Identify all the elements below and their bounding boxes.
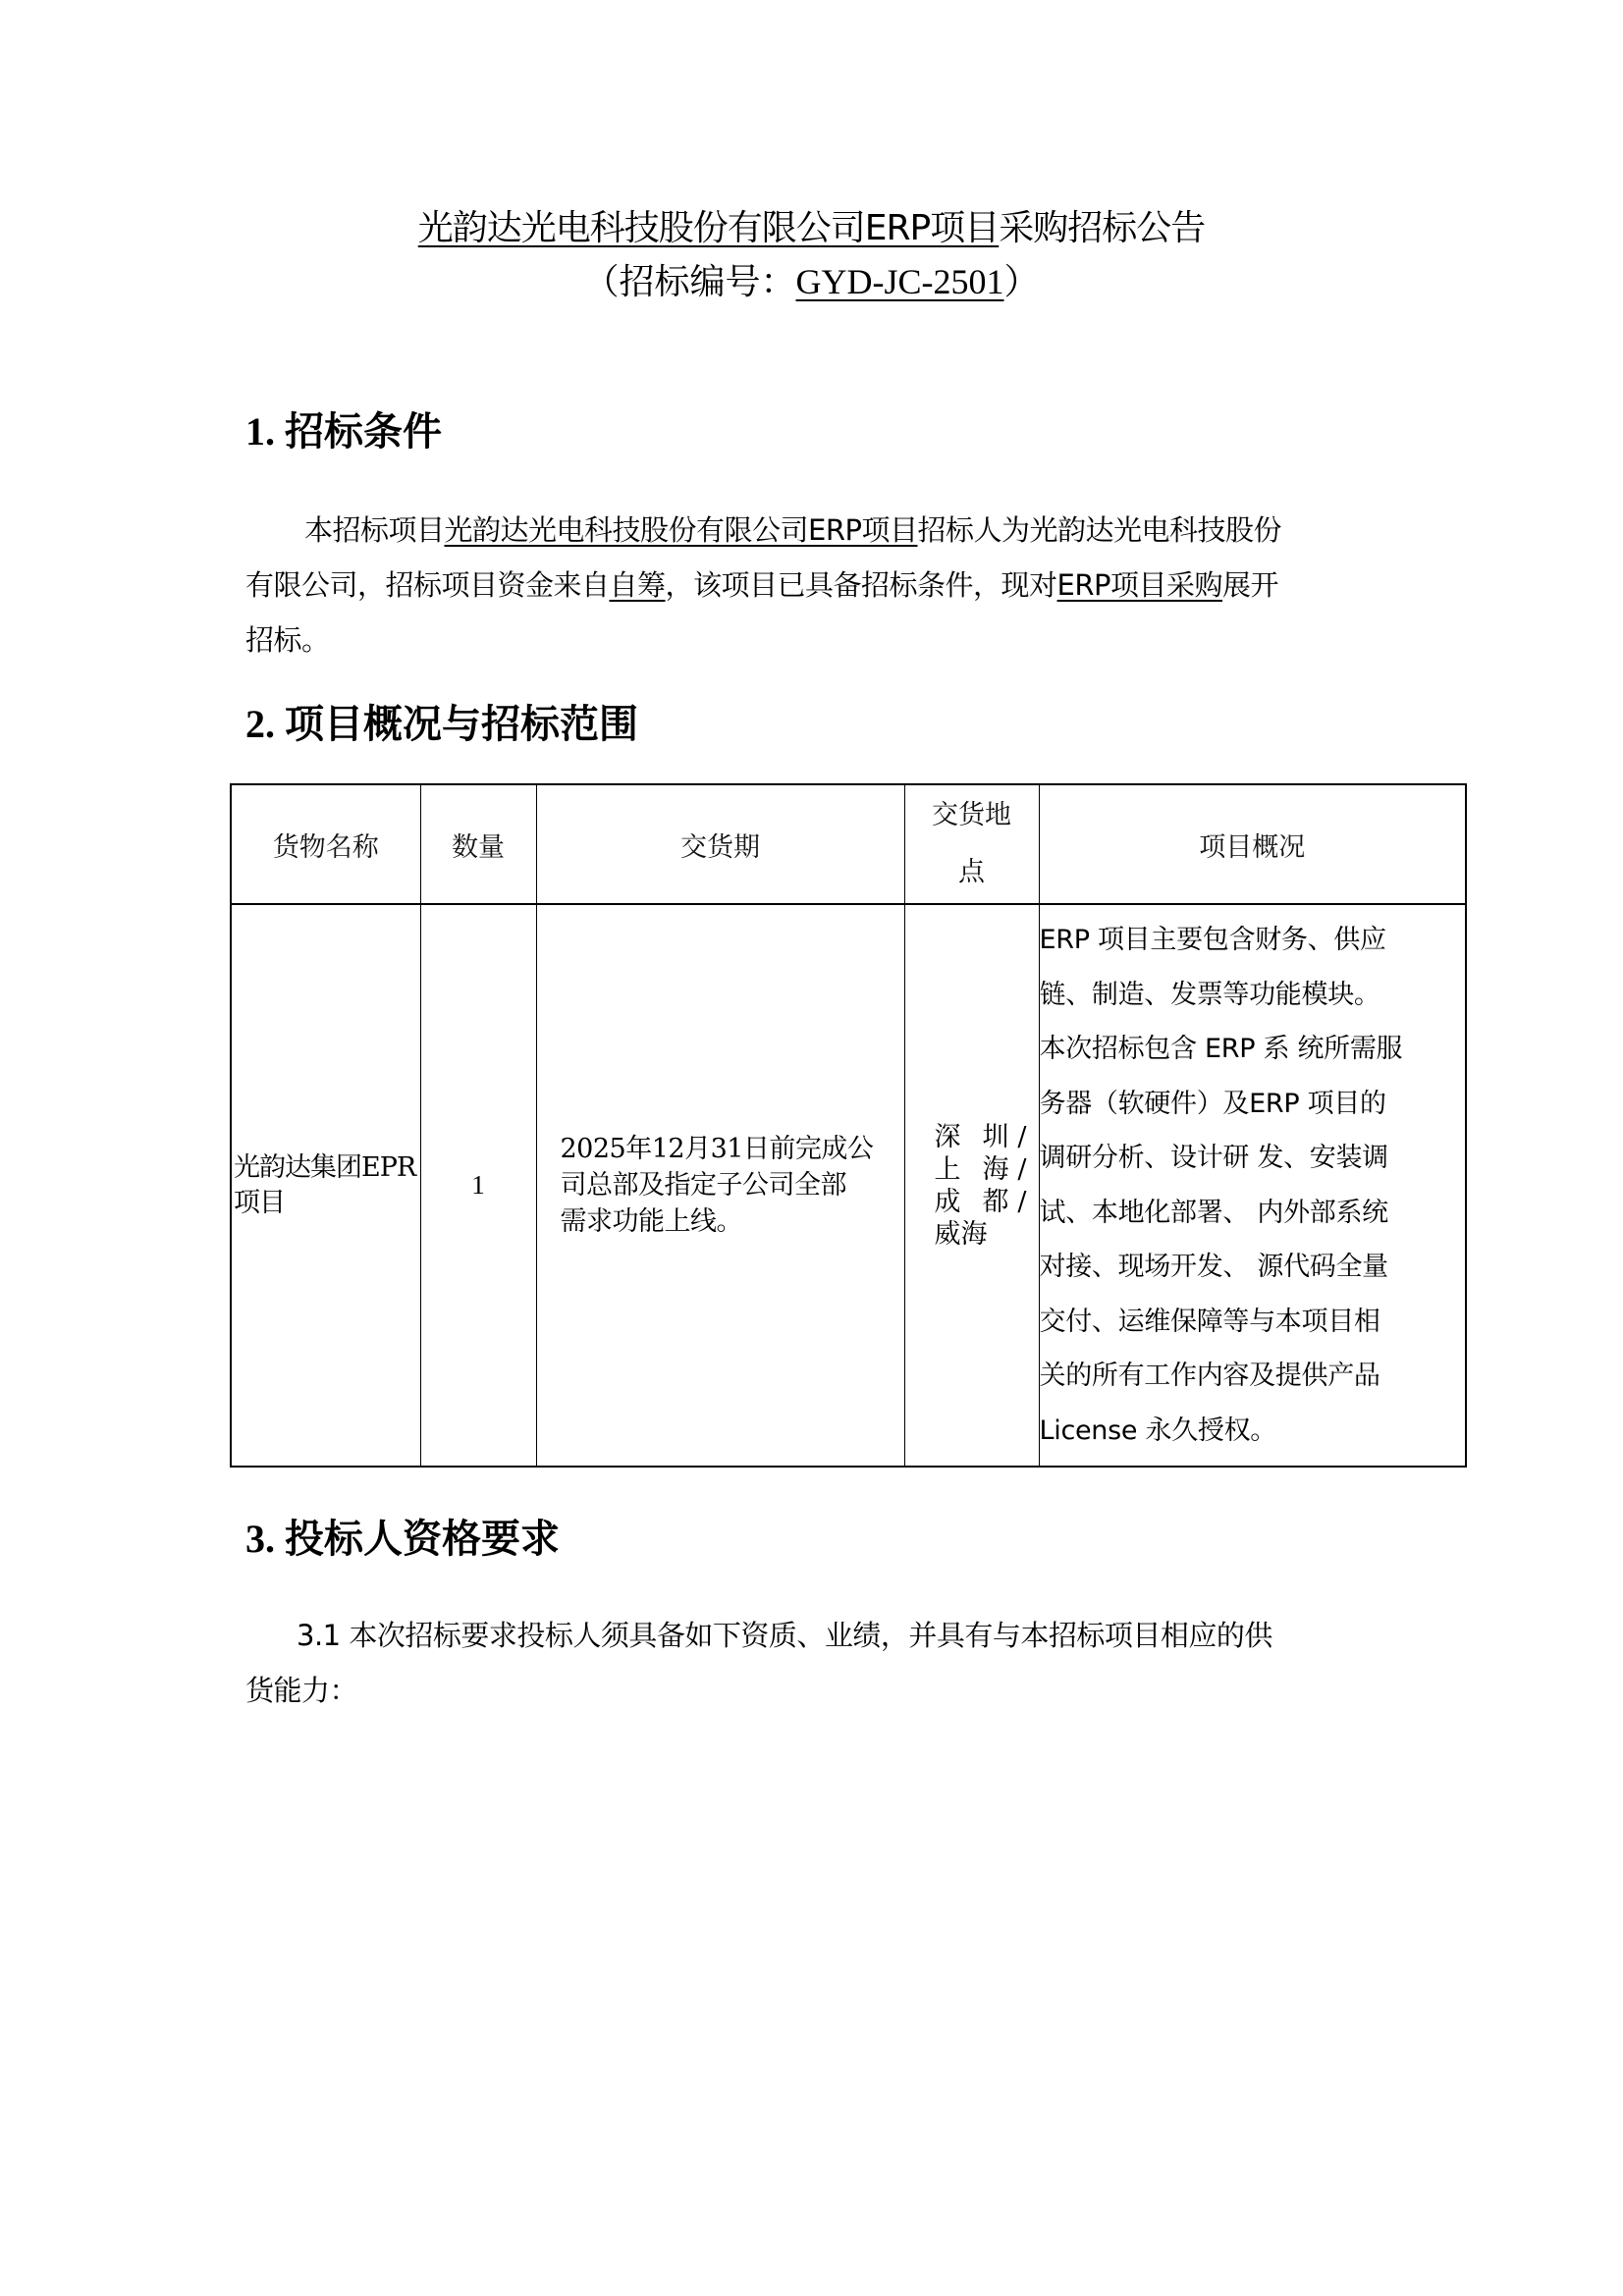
tender-number-close: ） (1004, 262, 1040, 302)
para-line-1: 本招标项目光韵达光电科技股份有限公司ERP项目招标人为光韵达光电科技股份 (245, 503, 1375, 558)
section-2-heading: 2. 项目概况与招标范围 (245, 697, 638, 752)
section-1-paragraph: 本招标项目光韵达光电科技股份有限公司ERP项目招标人为光韵达光电科技股份 有限公… (245, 503, 1375, 667)
cell-goods-name: 光韵达集团EPR项目 (231, 904, 420, 1467)
location-weihai: 威海 (935, 1218, 1039, 1251)
cell-project-overview: ERP 项目主要包含财务、供应 链、制造、发票等功能模块。 本次招标包含 ERP… (1039, 904, 1466, 1467)
para-line-1: 3.1 本次招标要求投标人须具备如下资质、业绩，并具有与本招标项目相应的供 (245, 1608, 1375, 1663)
table-row: 光韵达集团EPR项目 1 2025年12月31日前完成公 司总部及指定子公司全部… (231, 904, 1466, 1467)
title-rest: 采购招标公告 (999, 208, 1205, 248)
project-scope-table: 货物名称 数量 交货期 交货地点 项目概况 光韵达集团EPR项目 1 2025年… (230, 783, 1467, 1468)
project-name-underlined: 光韵达光电科技股份有限公司ERP项目 (445, 513, 918, 547)
table-header-row: 货物名称 数量 交货期 交货地点 项目概况 (231, 784, 1466, 904)
section-1-heading: 1. 招标条件 (245, 404, 442, 459)
location-shenzhen: 深圳/ (935, 1121, 1039, 1153)
funding-source-underlined: 自筹 (610, 568, 666, 602)
para-line-3: 招标。 (245, 613, 1375, 667)
header-quantity: 数量 (420, 784, 536, 904)
tender-code: GYD-JC-2501 (796, 262, 1004, 301)
title-underlined: 光韵达光电科技股份有限公司ERP项目 (418, 208, 999, 248)
document-title: 光韵达光电科技股份有限公司ERP项目采购招标公告 (0, 204, 1623, 253)
para-line-2: 有限公司，招标项目资金来自自筹，该项目已具备招标条件，现对ERP项目采购展开 (245, 558, 1375, 613)
cell-delivery-location: 深圳/ 上海/ 成都/ 威海 (904, 904, 1039, 1467)
procurement-scope-underlined: ERP项目采购 (1057, 568, 1222, 602)
section-3-heading: 3. 投标人资格要求 (245, 1512, 560, 1567)
header-delivery-location: 交货地点 (904, 784, 1039, 904)
tender-number-open: （招标编号： (583, 262, 795, 302)
para-line-2: 货能力： (245, 1663, 1375, 1718)
cell-quantity: 1 (420, 904, 536, 1467)
location-chengdu: 成都/ (935, 1186, 1039, 1218)
header-project-overview: 项目概况 (1039, 784, 1466, 904)
cell-delivery-period: 2025年12月31日前完成公 司总部及指定子公司全部 需求功能上线。 (536, 904, 904, 1467)
tender-number: （招标编号：GYD-JC-2501） (0, 257, 1623, 307)
header-delivery-period: 交货期 (536, 784, 904, 904)
header-goods-name: 货物名称 (231, 784, 420, 904)
section-3-paragraph: 3.1 本次招标要求投标人须具备如下资质、业绩，并具有与本招标项目相应的供 货能… (245, 1608, 1375, 1718)
location-shanghai: 上海/ (935, 1153, 1039, 1186)
